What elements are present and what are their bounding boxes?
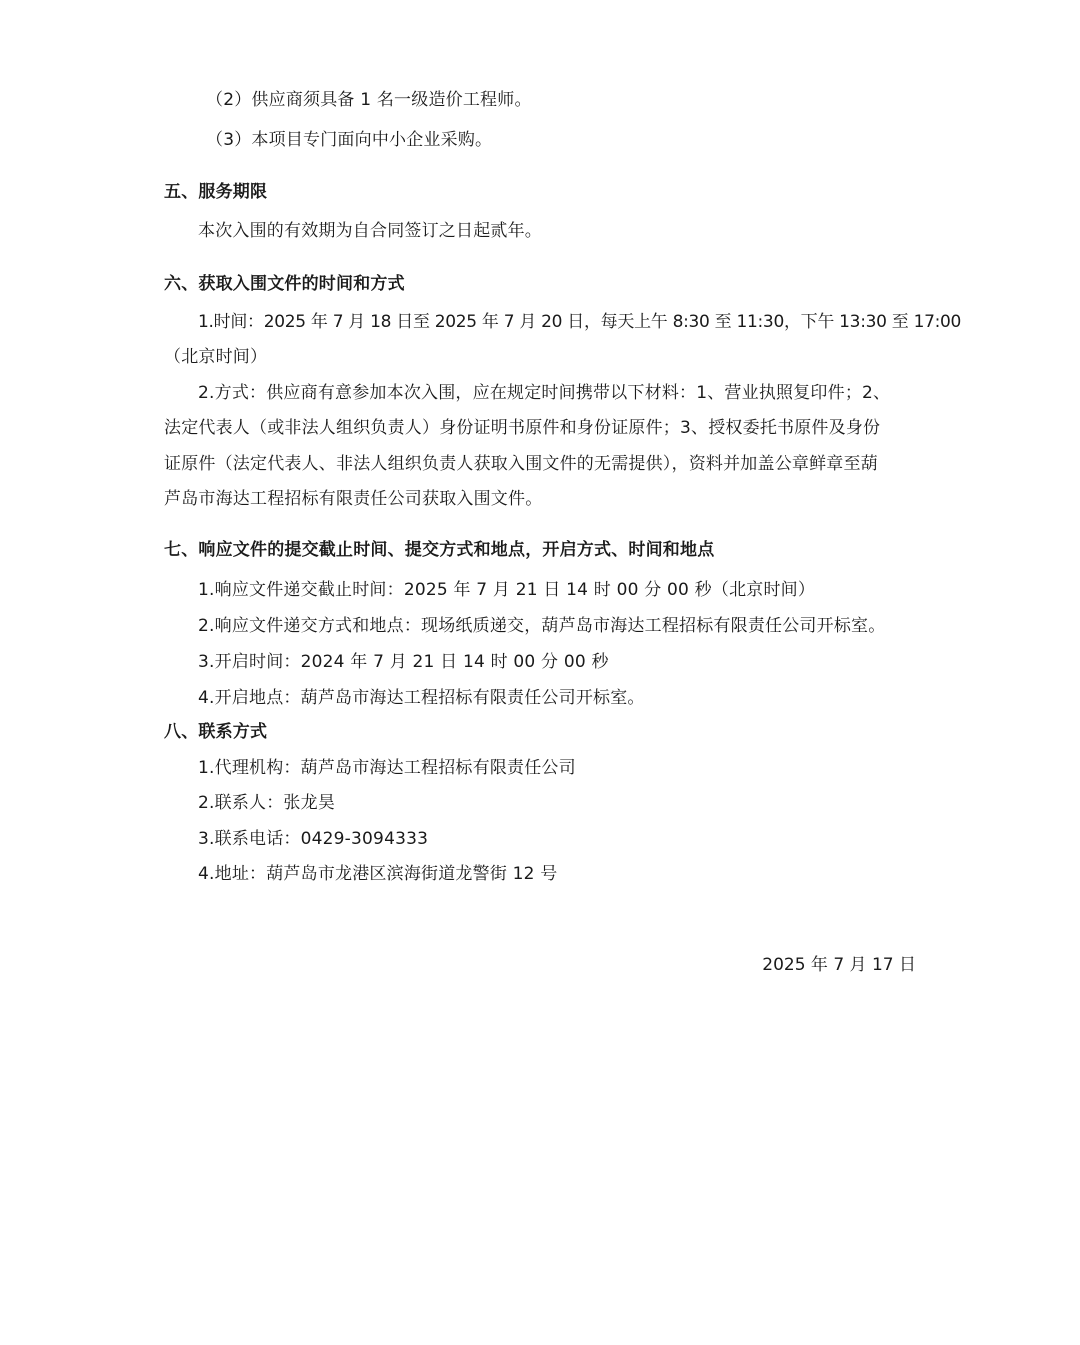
- document-page: （2）供应商须具备 1 名一级造价工程师。 （3）本项目专门面向中小企业采购。 …: [0, 0, 1080, 1345]
- section-5-heading: 五、服务期限: [164, 180, 267, 204]
- requirement-2: （2）供应商须具备 1 名一级造价工程师。: [206, 88, 532, 112]
- section-8-heading: 八、联系方式: [164, 720, 267, 744]
- section-8-item-4: 4.地址：葫芦岛市龙港区滨海街道龙警街 12 号: [198, 862, 557, 886]
- section-8-item-2: 2.联系人：张龙昊: [198, 791, 335, 815]
- section-6-item-2-line-c: 证原件（法定代表人、非法人组织负责人获取入围文件的无需提供），资料并加盖公章鲜章…: [164, 452, 878, 476]
- section-6-item-1-line-b: （北京时间）: [164, 345, 267, 369]
- requirement-3: （3）本项目专门面向中小企业采购。: [206, 128, 492, 152]
- section-8-item-3: 3.联系电话：0429-3094333: [198, 827, 428, 851]
- section-6-item-1-line-a: 1.时间：2025 年 7 月 18 日至 2025 年 7 月 20 日，每天…: [198, 310, 961, 334]
- section-6-item-2-line-a: 2.方式：供应商有意参加本次入围，应在规定时间携带以下材料：1、营业执照复印件；…: [198, 381, 890, 405]
- document-date: 2025 年 7 月 17 日: [762, 953, 916, 977]
- section-7-item-2: 2.响应文件递交方式和地点：现场纸质递交，葫芦岛市海达工程招标有限责任公司开标室…: [198, 614, 885, 638]
- section-7-item-1: 1.响应文件递交截止时间：2025 年 7 月 21 日 14 时 00 分 0…: [198, 578, 815, 602]
- section-6-item-2-line-b: 法定代表人（或非法人组织负责人）身份证明书原件和身份证原件；3、授权委托书原件及…: [164, 416, 880, 440]
- section-8-item-1: 1.代理机构：葫芦岛市海达工程招标有限责任公司: [198, 756, 576, 780]
- section-7-item-3: 3.开启时间：2024 年 7 月 21 日 14 时 00 分 00 秒: [198, 650, 609, 674]
- section-7-heading: 七、响应文件的提交截止时间、提交方式和地点，开启方式、时间和地点: [164, 538, 714, 562]
- section-6-heading: 六、获取入围文件的时间和方式: [164, 272, 405, 296]
- section-7-item-4: 4.开启地点：葫芦岛市海达工程招标有限责任公司开标室。: [198, 686, 645, 710]
- section-5-body: 本次入围的有效期为自合同签订之日起贰年。: [198, 219, 542, 243]
- section-6-item-2-line-d: 芦岛市海达工程招标有限责任公司获取入围文件。: [164, 487, 542, 511]
